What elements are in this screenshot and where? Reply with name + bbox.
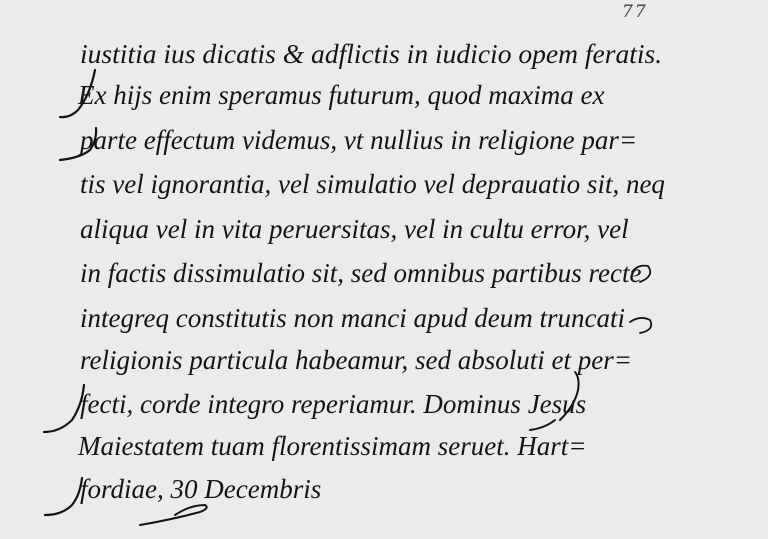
folio-number: 77 <box>622 2 648 22</box>
manuscript-line: tis vel ignorantia, vel simulatio vel de… <box>80 166 665 202</box>
manuscript-line: fordiae, 30 Decembris <box>80 471 321 507</box>
manuscript-line: integreq constitutis non manci apud deum… <box>80 300 625 336</box>
manuscript-line: fecti, corde integro reperiamur. Dominus… <box>80 386 586 422</box>
manuscript-line: parte effectum videmus, vt nullius in re… <box>80 122 637 158</box>
manuscript-line: Ex hijs enim speramus futurum, quod maxi… <box>78 77 604 113</box>
manuscript-line: iustitia ius dicatis & adflictis in iudi… <box>80 36 662 72</box>
manuscript-line: in factis dissimulatio sit, sed omnibus … <box>80 255 642 291</box>
manuscript-page: 77 iustitia ius dicatis & adflictis in i… <box>0 0 768 539</box>
manuscript-line: religionis particula habeamur, sed absol… <box>80 342 632 378</box>
manuscript-line: aliqua vel in vita peruersitas, vel in c… <box>80 211 629 247</box>
manuscript-line: Maiestatem tuam florentissimam seruet. H… <box>78 428 586 464</box>
